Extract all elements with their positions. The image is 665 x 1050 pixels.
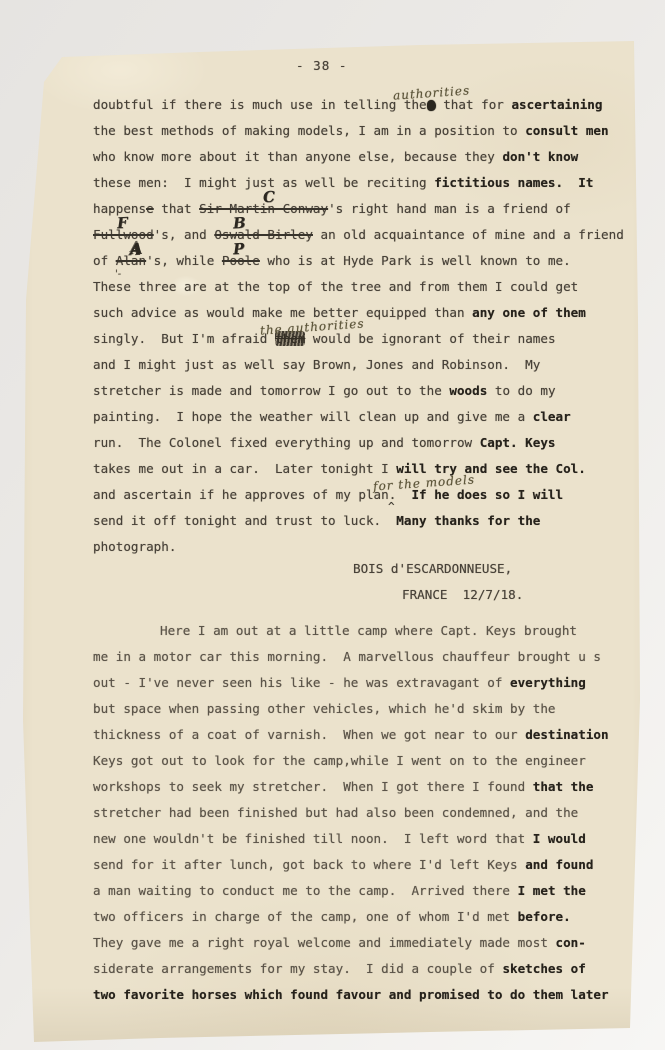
typed-line: send it off tonight and trust to luck. M… [93, 508, 624, 534]
typed-text: 's, while [146, 253, 222, 268]
struck-text: Oswald Birley [214, 227, 313, 242]
paragraph-2: Here I am out at a little camp where Cap… [93, 618, 609, 1008]
typed-text: consult men [525, 123, 608, 138]
typed-line: stretcher had been finished but had also… [93, 800, 609, 826]
typed-text: siderate arrangements for my stay. I did… [93, 961, 502, 976]
typed-text: Keys got out to look for the camp,while … [93, 753, 586, 768]
typed-line: and I might just as well say Brown, Jone… [93, 352, 624, 378]
typed-text: of [93, 253, 116, 268]
typed-line: stretcher is made and tomorrow I go out … [93, 378, 624, 404]
typed-text: before. [518, 909, 571, 924]
typed-text: out - I've never seen his like - he was … [93, 675, 510, 690]
typed-text: ascertaining [511, 97, 602, 112]
typed-line: painting. I hope the weather will clean … [93, 404, 624, 430]
typed-text: They gave me a right royal welcome and i… [93, 935, 556, 950]
typed-text: Here I am out at a little camp where Cap… [160, 623, 577, 638]
typed-text: who know more about it than anyone else,… [93, 149, 502, 164]
typed-text: I met the [518, 883, 586, 898]
typed-text: painting. I hope the weather will clean … [93, 409, 533, 424]
typed-text: con- [556, 935, 586, 950]
typed-line: These three are at the top of the tree a… [93, 274, 624, 300]
typed-line: Keys got out to look for the camp,while … [93, 748, 609, 774]
typed-text: doubtful if there is much use in telling… [93, 97, 427, 112]
typed-text: sketches of [502, 961, 585, 976]
typed-line: and ascertain if he approves of my plan.… [93, 482, 624, 508]
typed-text: I would [533, 831, 586, 846]
typed-line: but space when passing other vehicles, w… [93, 696, 609, 722]
typed-text: workshops to seek my stretcher. When I g… [93, 779, 533, 794]
typed-line: workshops to seek my stretcher. When I g… [93, 774, 609, 800]
typed-text: 's right hand man is a friend of [328, 201, 571, 216]
typed-text: photograph. [93, 539, 176, 554]
typed-text: stretcher is made and tomorrow I go out … [93, 383, 449, 398]
typed-text: two officers in charge of the camp, one … [93, 909, 518, 924]
typed-line: who know more about it than anyone else,… [93, 144, 624, 170]
typed-text: 's, and [154, 227, 215, 242]
typed-text: send for it after lunch, got back to whe… [93, 857, 525, 872]
typed-line: two favorite horses which found favour a… [93, 982, 609, 1008]
typed-text: and found [525, 857, 593, 872]
letter-page-photo: - 38 - doubtful if there is much use in … [0, 0, 665, 1050]
typed-text: BOIS d'ESCARDONNEUSE, [353, 561, 512, 576]
typed-line: FRANCE 12/7/18. [93, 582, 523, 608]
typed-text: any one of them [472, 305, 586, 320]
typed-line: the best methods of making models, I am … [93, 118, 624, 144]
handwritten-annotation: F [116, 210, 128, 237]
typed-text: stretcher had been finished but had also… [93, 805, 578, 820]
typed-text: Capt. Keys [480, 435, 556, 450]
typed-line: run. The Colonel fixed everything up and… [93, 430, 624, 456]
typed-text: me in a motor car this morning. A marvel… [93, 649, 601, 664]
typed-text: clear [533, 409, 571, 424]
typed-text: that the [533, 779, 594, 794]
typed-text: These three are at the top of the tree a… [93, 279, 578, 294]
paragraph-1: doubtful if there is much use in telling… [93, 92, 624, 560]
typed-line: a man waiting to conduct me to the camp.… [93, 878, 609, 904]
typed-line: of Alan's, while Poole who is at Hyde Pa… [93, 248, 624, 274]
typed-line: BOIS d'ESCARDONNEUSE, [93, 556, 523, 582]
typed-text: two favorite horses which found favour a… [93, 987, 609, 1002]
typed-text: a man waiting to conduct me to the camp.… [93, 883, 518, 898]
typed-line: thickness of a coat of varnish. When we … [93, 722, 609, 748]
typed-text: who is at Hyde Park is well known to me. [260, 253, 571, 268]
typed-line: Fullwood's, and Oswald Birley an old acq… [93, 222, 624, 248]
struck-text: e [146, 201, 154, 216]
typed-text: run. The Colonel fixed everything up and… [93, 435, 480, 450]
typed-line: Here I am out at a little camp where Cap… [93, 618, 609, 644]
page-number: - 38 - [296, 53, 348, 79]
typed-line: me in a motor car this morning. A marvel… [93, 644, 609, 670]
typed-text: but space when passing other vehicles, w… [93, 701, 556, 716]
typed-text: thickness of a coat of varnish. When we … [93, 727, 525, 742]
typed-line: happense that Sir Martin Conway's right … [93, 196, 624, 222]
typed-text: new one wouldn't be finished till noon. … [93, 831, 533, 846]
handwritten-annotation: B [232, 210, 246, 237]
typed-text: fictitious names. It [434, 175, 593, 190]
typed-text: and I might just as well say Brown, Jone… [93, 357, 540, 372]
typed-line: two officers in charge of the camp, one … [93, 904, 609, 930]
typed-text: everything [510, 675, 586, 690]
typed-text: to do my [487, 383, 555, 398]
typed-text: that [154, 201, 200, 216]
handwritten-annotation: C [262, 184, 275, 211]
typed-line: send for it after lunch, got back to whe… [93, 852, 609, 878]
typed-text: the best methods of making models, I am … [93, 123, 525, 138]
typed-text: destination [525, 727, 608, 742]
handwritten-annotation: A [129, 236, 142, 263]
typed-text: FRANCE 12/7/18. [402, 587, 523, 602]
typed-text: and ascertain if he approves of my plan. [93, 487, 411, 502]
typed-text: send it off tonight and trust to luck. [93, 513, 396, 528]
handwritten-annotation: P [232, 236, 245, 263]
typed-line: siderate arrangements for my stay. I did… [93, 956, 609, 982]
typed-text: singly. But I'm afraid [93, 331, 275, 346]
typed-line: these men: I might just as well be recit… [93, 170, 624, 196]
typed-line: out - I've never seen his like - he was … [93, 670, 609, 696]
typed-text: don't know [502, 149, 578, 164]
typed-text: woods [449, 383, 487, 398]
dateline-block: BOIS d'ESCARDONNEUSE,FRANCE 12/7/18. [93, 556, 523, 608]
handwritten-annotation: authorities [392, 77, 471, 108]
typed-line: new one wouldn't be finished till noon. … [93, 826, 609, 852]
typed-line: takes me out in a car. Later tonight I w… [93, 456, 624, 482]
typed-line: singly. But I'm afraid them would be ign… [93, 326, 624, 352]
typed-text: Many thanks for the [396, 513, 540, 528]
typed-line: doubtful if there is much use in telling… [93, 92, 624, 118]
typed-text: an old acquaintance of mine and a friend [313, 227, 624, 242]
typed-line: They gave me a right royal welcome and i… [93, 930, 609, 956]
typed-text: takes me out in a car. Later tonight I [93, 461, 396, 476]
